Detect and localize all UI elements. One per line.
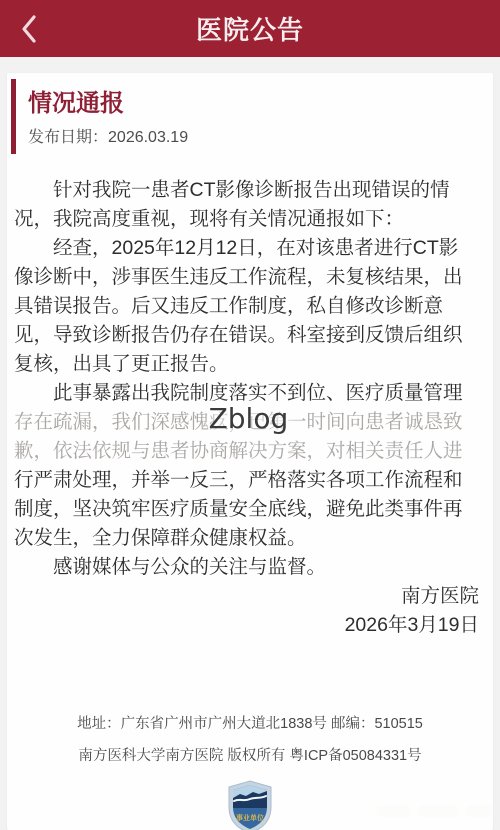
notice-header: 情况通报 发布日期：2026.03.19 [11,79,493,154]
body-line: 此事暴露出我院制度落实不到位、医疗质量管理 [14,379,485,408]
body-line: 经查，2025年12月12日，在对该患者进行CT影 [14,234,485,263]
notice-body: Zblog 针对我院一患者CT影像诊断报告出现错误的情况，我院高度重视，现将有关… [7,176,493,582]
publish-date: 发布日期：2026.03.19 [28,128,493,148]
back-button[interactable] [8,0,52,57]
notice-title: 情况通报 [28,89,493,119]
body-line: 制度，坚决筑牢医疗质量安全底线，避免此类事件再 [14,495,485,524]
badge-wrap: 事业单位 [7,780,493,830]
body-line: 针对我院一患者CT影像诊断报告出现错误的情 [14,176,485,205]
publish-date-value: 2026.03.19 [108,129,188,146]
signature-name: 南方医院 [7,582,479,611]
appbar: 医院公告 [0,0,500,57]
footer: 地址：广东省广州市广州大道北1838号 邮编：510515 南方医科大学南方医院… [7,708,493,772]
announcement-card: 情况通报 发布日期：2026.03.19 Zblog 针对我院一患者CT影像诊断… [7,73,493,830]
publish-date-label: 发布日期： [28,129,108,146]
page-title: 医院公告 [196,10,304,47]
signature-block: 南方医院 2026年3月19日 [7,582,493,640]
public-institution-shield-icon: 事业单位 [226,780,274,830]
body-line: 见，导致诊断报告仍存在错误。科室接到反馈后组织 [14,321,485,350]
page: { "header": { "title": "医院公告", "back_ico… [0,0,500,830]
body-line: 像诊断中，涉事医生违反工作流程，未复核结果，出 [14,263,485,292]
body-line: 次发生，全力保障群众健康权益。 [14,524,485,553]
body-line: 歉，依法依规与患者协商解决方案，对相关责任人进 [14,437,485,466]
body-line: 复核，出具了更正报告。 [14,350,485,379]
body-line: 存在疏漏，我们深感愧疚，已第一时间向患者诚恳致 [14,408,485,437]
public-institution-badge[interactable]: 事业单位 [226,780,274,830]
badge-label: 事业单位 [236,813,264,822]
body-line: 况，我院高度重视，现将有关情况通报如下： [14,205,485,234]
footer-copyright: 南方医科大学南方医院 版权所有 粤ICP备05084331号 [7,740,493,772]
chevron-left-icon [17,6,43,52]
body-line: 行严肃处理，并举一反三，严格落实各项工作流程和 [14,466,485,495]
body-line: 感谢媒体与公众的关注与监督。 [14,553,485,582]
footer-address: 地址：广东省广州市广州大道北1838号 邮编：510515 [7,708,493,740]
body-line: 具错误报告。后又违反工作制度，私自修改诊断意 [14,292,485,321]
signature-date: 2026年3月19日 [7,611,479,640]
